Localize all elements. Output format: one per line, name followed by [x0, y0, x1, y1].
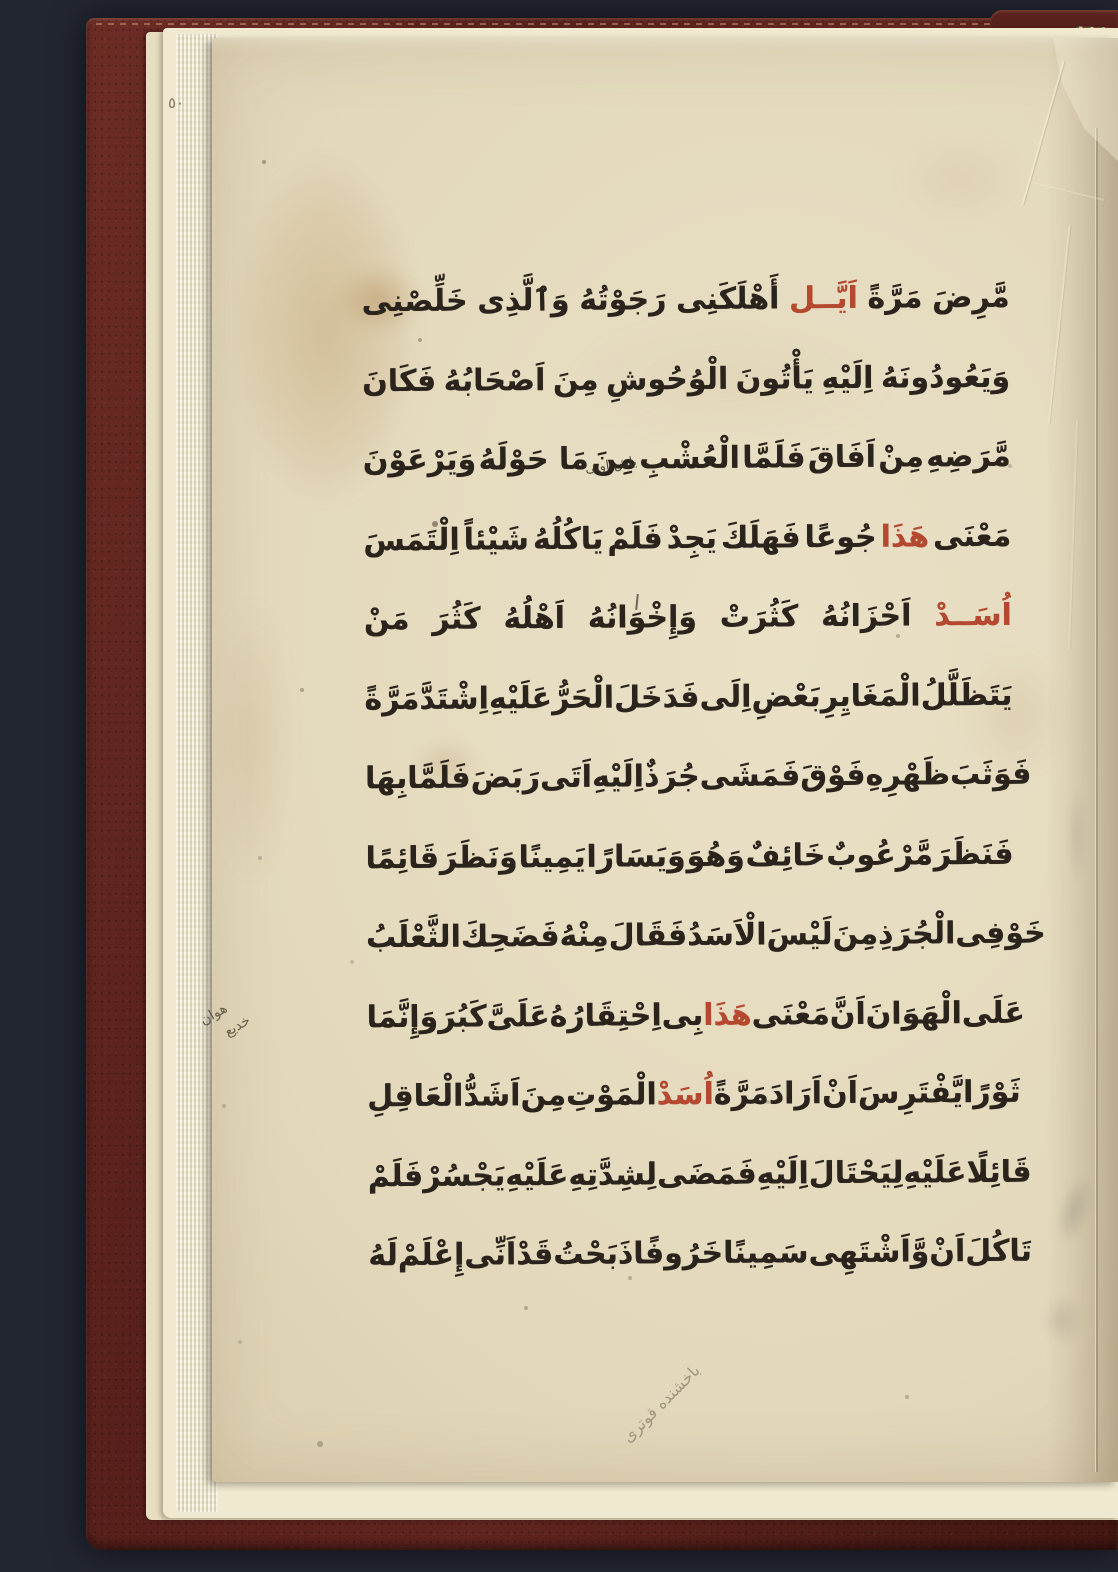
manuscript-line: خَلِّصْنِىوَٱلَّذِىرَجَوْتُهُأَهْلَكَنِى…: [361, 258, 1010, 342]
text-word: مَّرَضِهِ: [926, 439, 1011, 475]
manuscript-line: مَرَّةًاِشْتَدَّعَلَيْهِالْحَرُّفَدَخَلَ…: [364, 655, 1013, 739]
text-word: اِشْتَدَّ: [419, 681, 489, 716]
text-word: اَصْحَابُهُ: [444, 363, 546, 399]
manuscript-photo: ٥٠ خَلِّصْنِىوَٱلَّذِىرَجَوْتُهُأَهْلَكَ…: [0, 0, 1118, 1572]
text-word: قَائِلًا: [966, 1154, 1031, 1189]
text-word: فَمَضَى: [657, 1156, 757, 1192]
text-word: مَعْنَى: [752, 997, 830, 1033]
text-word: اِلَى: [699, 679, 751, 714]
text-word: جُرَذٌ: [644, 759, 700, 794]
text-word: وَنَظَرَ: [440, 840, 518, 876]
text-word: مَرَّةً: [714, 1077, 769, 1112]
text-word: الْعُشْبِ: [639, 441, 740, 477]
text-word: يَمِينًا: [518, 839, 585, 874]
rubricated-word: هَذَا: [703, 997, 752, 1032]
text-word: الْحَرُّ: [552, 680, 614, 715]
rubricated-word: اُسَــدْ: [934, 598, 1012, 634]
text-word: قَائِمًا: [365, 840, 439, 876]
manuscript-line: بِهَافَلَمَّارَبَضَاَتَىاِلَيْهِجُرَذٌفَ…: [365, 735, 1014, 819]
text-word: مِنَ: [553, 362, 599, 397]
text-word: فَهَلَكَ: [721, 520, 801, 556]
text-word: ثَوْرًا: [963, 1075, 1021, 1110]
text-word: فَكَانَ: [362, 364, 436, 400]
text-word: فَلَمْ: [607, 521, 663, 556]
text-word: وَإِنَّمَا: [367, 1000, 439, 1035]
text-word: خَائِفٌ: [745, 838, 825, 874]
rubricated-word: اُسَدْ: [657, 1077, 714, 1112]
text-word: وَيَسَارًا: [586, 839, 686, 875]
text-word: مَّرْعُوبٌ: [826, 837, 933, 873]
text-word: الْوُحُوشِ: [606, 361, 728, 397]
text-word: يَاكُلُهُ: [533, 521, 604, 556]
text-word: يَأْتُونَ: [736, 361, 814, 397]
text-word: مَعْنَى: [933, 518, 1011, 554]
text-word: الْمَغَايِرِ: [821, 678, 921, 714]
text-word: فَدَخَلَ: [614, 680, 700, 716]
text-word: فَوَثَبَ: [950, 757, 1032, 793]
folio-number: ٥٠: [168, 94, 184, 112]
text-word: لِيَحْتَالَ: [809, 1155, 904, 1191]
text-word: فَضَحِكَ: [461, 919, 560, 955]
text-word: اَتَى: [540, 760, 592, 795]
text-word: خَوْفِى: [955, 916, 1046, 952]
text-word: الْاَسَدُ: [687, 918, 767, 954]
text-word: اَهْلُهُ: [503, 601, 565, 636]
text-word: الْهَوَانَ: [866, 996, 962, 1032]
text-word: اَرَادَ: [769, 1076, 822, 1111]
gutter-shadow: [1046, 38, 1118, 1482]
manuscript-line: قَائِمًاوَنَظَرَيَمِينًاوَيَسَارًاوَهُوَ…: [365, 814, 1014, 898]
text-word: إِعْلَمْ: [398, 1238, 465, 1273]
text-word: فَلَمَّا: [742, 440, 806, 475]
text-word: مِنَ: [832, 917, 878, 952]
text-word: وَّاَشْتَهِى: [808, 1235, 929, 1271]
text-block: خَلِّصْنِىوَٱلَّذِىرَجَوْتُهُأَهْلَكَنِى…: [361, 258, 1016, 1296]
text-word: الثَّعْلَبُ: [366, 920, 461, 956]
manuscript-line: الْعَاقِلِاَشَدُّمِنَالْمَوْتِاُسَدْمَرَ…: [367, 1053, 1016, 1137]
text-word: مَّرِضَ: [932, 280, 1010, 316]
text-word: مِنْهُ: [559, 919, 608, 954]
text-word: الْجُرَذِ: [878, 916, 955, 952]
text-word: مَرَّةً: [867, 281, 922, 316]
text-word: اَنَّ: [830, 997, 866, 1032]
text-word: خَرُوفًا: [633, 1236, 723, 1272]
text-word: مَنْ: [364, 602, 410, 637]
text-word: اَحْزَانُهُ: [821, 599, 912, 635]
text-word: قَدْ: [516, 1237, 553, 1272]
text-word: وَيَرْعَوْنَ: [363, 443, 477, 479]
rubricated-word: اَيَّــل: [789, 281, 858, 316]
text-word: رَجَوْتُهُ: [579, 282, 666, 318]
text-word: اَنْ: [822, 1076, 858, 1111]
text-word: عَلَيْهِ: [489, 681, 552, 716]
manuscript-line: فَلَمْيَجْسُرْعَلَيْهِلِشِدَّتِهِفَمَضَى…: [368, 1132, 1017, 1216]
text-word: وَٱلَّذِى: [477, 283, 570, 319]
text-word: فَلَمَّا: [407, 761, 471, 796]
text-word: يَتَظَلَّلُ: [921, 677, 1013, 713]
text-word: فَنَظَرَ: [934, 836, 1014, 872]
text-word: وَإِخْوَانُهُ: [588, 600, 697, 636]
text-word: ظَهْرِهِ: [865, 757, 950, 793]
text-word: اَنِّى: [464, 1237, 516, 1272]
text-word: رَبَضَ: [471, 760, 541, 795]
text-word: عَلَى: [962, 995, 1025, 1030]
text-word: يَّفْتَرِسَ: [858, 1075, 963, 1111]
text-word: وَهُوَ: [686, 838, 745, 873]
text-word: جُوعًا: [804, 519, 876, 555]
text-word: ذَبَحْتُ: [553, 1237, 633, 1273]
text-word: اَشَدُّ: [463, 1078, 520, 1113]
foxing-specks: [0, 0, 4, 4]
text-word: خَلِّصْنِى: [362, 284, 468, 320]
text-word: لَيْسَ: [766, 917, 832, 952]
text-word: لِشِدَّتِهِ: [568, 1157, 657, 1193]
rubricated-word: هَذَا: [881, 519, 930, 554]
manuscript-line: لَهُإِعْلَمْاَنِّىقَدْذَبَحْتُخَرُوفًاسَ…: [368, 1212, 1017, 1296]
text-word: بَعْضِ: [751, 679, 820, 714]
text-word: اِلْتَمَسَ: [363, 522, 460, 558]
gutter-crease: [1096, 128, 1098, 1472]
text-word: اَفَاقَ: [808, 440, 876, 475]
text-word: كَبُرَ: [438, 999, 487, 1034]
text-word: اِحْتِقَارُهُ: [550, 998, 662, 1034]
text-word: سَمِينًا: [723, 1235, 809, 1271]
text-word: شَيْئاً: [464, 522, 530, 557]
text-word: اِلَيْهِ: [592, 760, 644, 795]
text-word: تَاكُلَ: [965, 1234, 1032, 1269]
text-word: كَثُرَتْ: [720, 599, 799, 635]
text-word: يَجْسُرْ: [423, 1158, 505, 1194]
text-word: فَلَمْ: [368, 1159, 424, 1194]
manuscript-line: فَكَانَاَصْحَابُهُمِنَالْوُحُوشِيَأْتُون…: [362, 337, 1011, 421]
text-word: مِنْ: [878, 440, 924, 475]
text-word: مِنَ: [520, 1078, 566, 1113]
text-word: عَلَيْهِ: [505, 1158, 568, 1193]
text-word: وَيَعُودُونَهُ: [881, 359, 1010, 395]
text-word: فَمَشَى: [700, 758, 801, 794]
text-word: اِلَيْهِ: [757, 1156, 809, 1191]
manuscript-line: اِلْتَمَسَشَيْئاًيَاكُلُهُفَلَمْيَجِدْفَ…: [363, 496, 1012, 580]
text-word: الْمَوْتِ: [566, 1077, 657, 1113]
text-word: أَهْلَكَنِى: [676, 282, 780, 318]
text-word: اَنْ: [929, 1234, 965, 1269]
text-word: الْعَاقِلِ: [367, 1079, 463, 1115]
manuscript-line: وَإِنَّمَاكَبُرَعَلَىَّاِحْتِقَارُهُبِىه…: [366, 973, 1015, 1057]
text-word: كَثُرَ: [432, 602, 481, 637]
text-word: بِى: [662, 998, 704, 1033]
manuscript-line: الثَّعْلَبُفَضَحِكَمِنْهُفَقَالَالْاَسَد…: [366, 894, 1015, 978]
text-word: يَجِدْ: [667, 521, 717, 556]
manuscript-line: وَيَرْعَوْنَمَا حَوْلَهُمِنَالْعُشْبِفَل…: [363, 417, 1012, 501]
text-word: فَقَالَ: [609, 918, 688, 954]
text-word: مَرَّةً: [364, 682, 419, 717]
text-word: فَوْقَ: [800, 758, 866, 793]
text-word: اِلَيْهِ: [821, 360, 873, 395]
text-word: لَهُ: [368, 1238, 398, 1273]
text-word: عَلَيْهِ: [903, 1155, 966, 1190]
text-word: مَا حَوْلَهُ: [479, 442, 589, 478]
manuscript-line: مَنْكَثُرَاَهْلُهُوَإِخْوَانُهُكَثُرَتْا…: [364, 576, 1013, 660]
text-word: بِهَا: [365, 761, 408, 796]
text-word: عَلَىَّ: [486, 999, 549, 1034]
